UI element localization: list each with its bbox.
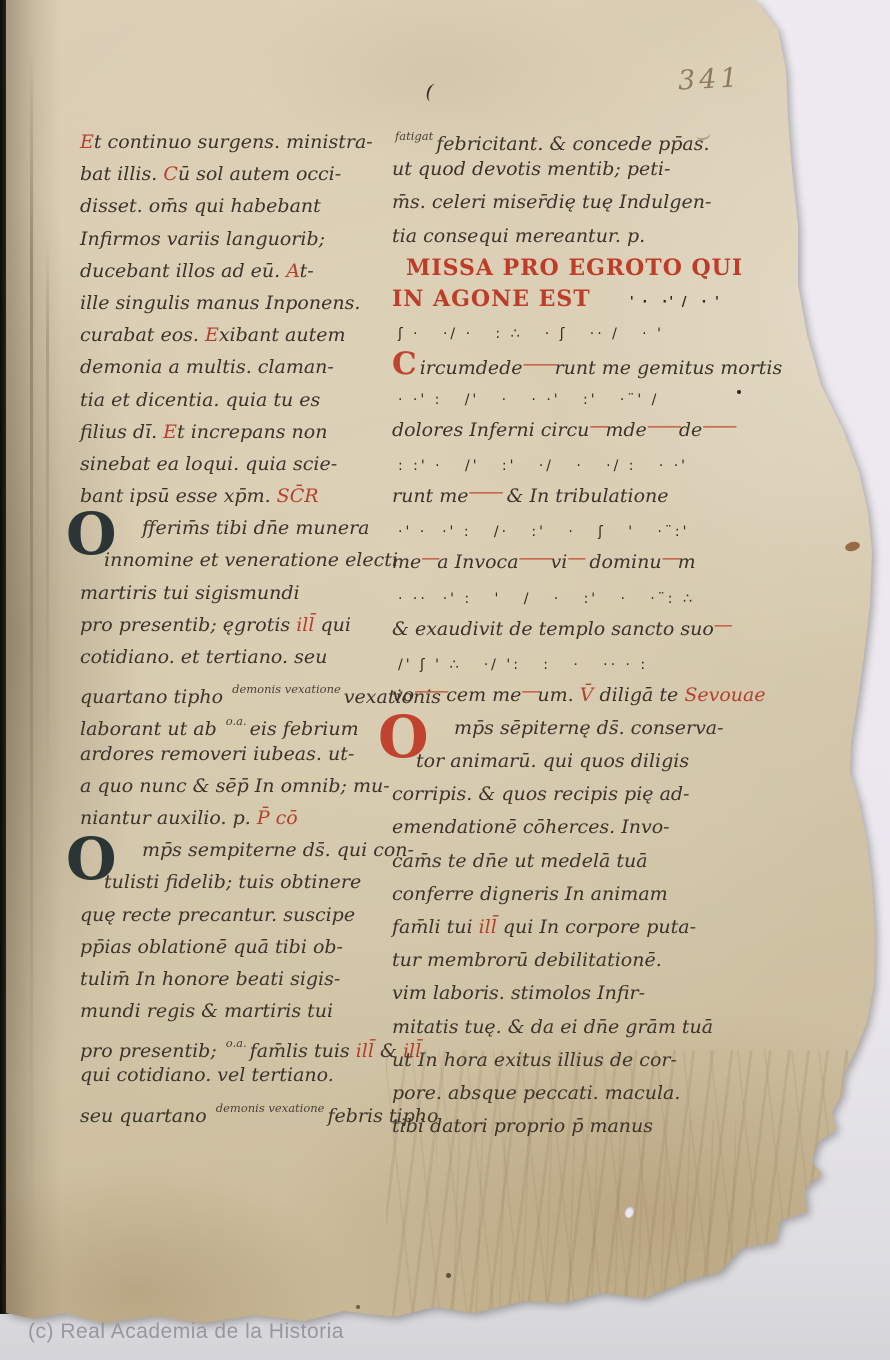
manuscript-line: tulim̄ In honore beati sigis- [80,963,400,995]
neume-row: /' ʃ ' ∴ ·/ ': : · ·· · : [392,646,736,679]
manuscript-line: ut In hora exitus illius de cor- [392,1044,736,1077]
text-segment: pp̄ias oblationē quā tibi ob- [80,936,343,958]
text-segment: runt me [392,485,469,507]
manuscript-line: runt me—— & In tribulatione [392,480,736,513]
manuscript-line: curabat eos. Exibant autem [80,319,400,351]
text-segment: tia et dicentia. quia tu es [80,389,320,411]
manuscript-line: m̄s. celeri miser̄dię tuę Indulgen- [392,186,736,219]
text-segment: — [521,680,537,702]
text-segment: runt me gemitus mortis [555,357,783,379]
text-segment: mp̄s sempiterne ds̄. qui con- [142,839,414,861]
text-segment: E [80,131,94,153]
ink-dot [737,390,741,394]
text-segment: fam̄li tui [392,916,479,938]
text-segment: —— [647,415,679,437]
illuminated-initial-o: O [66,830,117,888]
parchment-page: 341 Et continuo surgens. ministra-bat il… [6,0,886,1344]
manuscript-line: pore. absque peccati. macula. [392,1077,736,1110]
manuscript-line: demonia a multis. claman- [80,351,400,383]
manuscript-line: me—a Invoca——vi— dominu—m [392,546,736,579]
text-segment: ill̄ [296,614,314,636]
folio-number: 341 [677,62,742,96]
manuscript-line: cam̄s te dn̄e ut medelā tuā [392,845,736,878]
text-segment: dominu [583,551,661,573]
text-segment: conferre digneris In animam [392,883,668,905]
text-segment: Sevouae [684,684,765,706]
manuscript-line: vim laboris. stimolos Infir- [392,977,736,1010]
neume-row: · ·' : /' · · ·' :' ·¨' / [392,381,736,414]
text-segment: pore. absque peccati. macula. [392,1082,680,1104]
text-segment: me [392,551,421,573]
manuscript-line: corripis. & quos recipis pię ad- [392,778,736,811]
text-segment: qui cotidiano. vel tertiano. [80,1064,334,1086]
text-segment: emendationē cōherces. Invo- [392,816,670,838]
text-segment: martiris tui sigismundi [80,582,300,604]
parchment-stains [436,1120,736,1320]
right-text-column: fatigatfebricitant. & concede pp̄as.ut q… [392,120,736,1143]
neume-row: ·' · ·' : /· :' · ʃ ' ·¨:' [392,513,736,546]
text-segment: demonis vexatione [232,682,341,696]
manuscript-line: fatigatfebricitant. & concede pp̄as. [392,120,736,153]
text-segment: pro presentib; ęgrotis [80,614,296,636]
manuscript-line: laborant ut ab o.a.eis febrium [80,705,400,737]
text-segment: t increpans non [177,421,327,443]
manuscript-line: tibi datori proprio p̄ manus [392,1110,736,1143]
text-segment: fatigat [395,129,433,143]
manuscript-line: & exaudivit de templo sancto suo— [392,613,736,646]
manuscript-line: bant ipsū esse xp̄m. SC̄R [80,480,400,512]
text-segment: disset. om̄s qui habebant [80,195,321,217]
text-segment: filius dī. [80,421,163,443]
text-segment: qui In corpore puta- [497,916,696,938]
text-segment: dolores Inferni circu [392,419,589,441]
manuscript-line: Infirmos variis languorib; [80,223,400,255]
text-segment: qui [314,614,351,636]
text-segment: xibant autem [219,324,346,346]
neume-row: ʃ · ·/ · : ∴ · ʃ ·· / · ' [392,315,736,348]
text-segment: cam̄s te dn̄e ut medelā tuā [392,850,648,872]
text-segment: — [421,547,437,569]
text-segment: P̄ cō [251,807,298,829]
text-segment: um. [537,684,579,706]
text-segment: mitatis tuę. & da ei dn̄e grām tuā [392,1016,713,1038]
manuscript-line: sinebat ea loqui. quia scie- [80,448,400,480]
manuscript-line: mundi regis & martiris tui [80,995,400,1027]
ink-dot [356,1305,360,1309]
manuscript-line: ut quod devotis mentib; peti- [392,153,736,186]
text-segment: —— [414,680,446,702]
text-segment: ut In hora exitus illius de cor- [392,1049,677,1071]
text-segment: ' · ·' / · ' [591,295,721,310]
manuscript-line: innomine et veneratione electi [80,544,400,576]
text-segment: t- [300,260,314,282]
text-segment: corripis. & quos recipis pię ad- [392,783,689,805]
rubric-line: IN AGONE EST ' · ·' / · ' [392,284,736,315]
manuscript-line: tur membrorū debilitationē. [392,944,736,977]
neume-row: : :' · /' :' ·/ · ·/ : · ·' [392,447,736,480]
text-segment: innomine et veneratione electi [104,549,398,571]
manuscript-line: tor animarū. qui quos diligis [392,745,736,778]
text-segment: a quo nunc & sēp̄ In omnib; mu- [80,775,390,797]
text-segment: mde [605,419,646,441]
left-text-column: Et continuo surgens. ministra-bat illis.… [80,126,400,1124]
manuscript-line: ducebant illos ad eū. At- [80,255,400,287]
text-segment: vim laboris. stimolos Infir- [392,982,645,1004]
text-segment: —— [523,353,555,375]
text-segment: fferim̄s tibi dn̄e munera [142,517,370,539]
illuminated-initial-o: O [66,505,117,563]
manuscript-line: tia et dicentia. quia tu es [80,384,400,416]
text-segment: febricitant. & concede pp̄as. [436,133,709,155]
text-segment: demonia a multis. claman- [80,356,334,378]
text-segment: quę recte precantur. suscipe [80,904,355,926]
text-segment: —— [469,481,501,503]
manuscript-line: disset. om̄s qui habebant [80,190,400,222]
text-segment: — [589,415,605,437]
copyright-watermark: (c) Real Academia de la Historia [28,1320,344,1344]
manuscript-line: bat illis. Cū sol autem occi- [80,158,400,190]
manuscript-line: ille singulis manus Inponens. [80,287,400,319]
text-segment: diligā te [600,684,685,706]
text-segment: MISSA PRO EGROTO QUI [406,255,743,281]
text-segment: Infirmos variis languorib; [80,228,325,250]
page-edge-line [872,0,873,130]
text-segment: m̄s. celeri miser̄dię tuę Indulgen- [392,191,711,213]
manuscript-line: dolores Inferni circu—mde——de—— [392,414,736,447]
manuscript-line: fam̄li tui ill̄ qui In corpore puta- [392,911,736,944]
parchment-surface: 341 Et continuo surgens. ministra-bat il… [6,0,884,1342]
text-segment: — [567,547,583,569]
text-segment: tur membrorū debilitationē. [392,949,662,971]
text-segment: C [163,163,178,185]
text-segment: —— [519,547,551,569]
neume-row: · ·· ·' : ' / · :' · ·¨: ∴ [392,580,736,613]
text-segment: E [205,324,219,346]
parchment-wrinkle [46,240,49,800]
manuscript-line: a quo nunc & sēp̄ In omnib; mu- [80,770,400,802]
manuscript-line: fferim̄s tibi dn̄e munera [80,512,400,544]
text-segment: tia consequi mereantur. p. [392,225,645,247]
text-segment: ill̄ [356,1040,374,1062]
text-segment: ū sol autem occi- [178,163,341,185]
ink-blot [844,540,861,552]
text-segment: ducebant illos ad eū. [80,260,286,282]
text-segment: —— [702,415,734,437]
text-segment: o.a. [226,714,247,728]
text-segment: mundi regis & martiris tui [80,1000,333,1022]
manuscript-line: conferre digneris In animam [392,878,736,911]
manuscript-line: emendationē cōherces. Invo- [392,811,736,844]
text-segment: bat illis. [80,163,163,185]
manuscript-line: Et continuo surgens. ministra- [80,126,400,158]
text-segment: tulisti fidelib; tuis obtinere [104,871,361,893]
manuscript-line: pp̄ias oblationē quā tibi ob- [80,931,400,963]
manuscript-line: Circumdede——runt me gemitus mortis [392,348,736,381]
text-segment: ut quod devotis mentib; peti- [392,158,670,180]
manuscript-line: pro presentib; ęgrotis ill̄ qui [80,609,400,641]
rubric-line: MISSA PRO EGROTO QUI [392,253,736,284]
text-segment: — [662,547,678,569]
text-segment: A [286,260,299,282]
gutter-shadow [6,0,62,1342]
text-segment: & exaudivit de templo sancto suo [392,618,714,640]
ink-dot [446,1273,451,1278]
manuscript-line: quę recte precantur. suscipe [80,899,400,931]
text-segment: de [679,419,702,441]
manuscript-line: cotidiano. et tertiano. seu [80,641,400,673]
text-segment: IN AGONE EST [392,286,591,312]
manuscript-line: mp̄s sēpiternę ds̄. conserva- [392,712,736,745]
text-segment: tulim̄ In honore beati sigis- [80,968,340,990]
text-segment: demonis vexatione [216,1101,325,1115]
manuscript-line: vo——cem me—um. V̄ diligā te Sevouae [392,679,736,712]
text-segment: ill̄ [479,916,497,938]
manuscript-line: ardores removeri iubeas. ut- [80,738,400,770]
text-segment: — [714,614,730,636]
text-segment: vi [551,551,568,573]
manuscript-line: tia consequi mereantur. p. [392,220,736,253]
text-segment: a Invoca [437,551,518,573]
manuscript-line: seu quartano demonis vexationefebris tip… [80,1092,400,1124]
text-segment: sinebat ea loqui. quia scie- [80,453,337,475]
text-segment: ircumdede [420,357,523,379]
manuscript-line: martiris tui sigismundi [80,577,400,609]
text-segment: tor animarū. qui quos diligis [416,750,689,772]
text-segment: E [163,421,177,443]
text-segment: o.a. [226,1036,247,1050]
ink-mark [425,83,441,104]
parchment-wrinkle [30,50,33,1230]
manuscript-line: quartano tipho demonis vexationevexation… [80,673,400,705]
text-segment: tibi datori proprio p̄ manus [392,1115,653,1137]
text-segment: curabat eos. [80,324,205,346]
text-segment: ille singulis manus Inponens. [80,292,360,314]
text-segment: seu quartano [80,1105,213,1127]
text-segment: cotidiano. et tertiano. seu [80,646,327,668]
manuscript-line: qui cotidiano. vel tertiano. [80,1059,400,1091]
manuscript-line: niantur auxilio. p. P̄ cō [80,802,400,834]
text-segment: m [678,551,696,573]
text-segment: cem me [446,684,521,706]
manuscript-line: mitatis tuę. & da ei dn̄e grām tuā [392,1011,736,1044]
illuminated-initial-o: O [378,708,429,766]
manuscript-line: pro presentib; o.a.fam̄lis tuis ill̄ & i… [80,1027,400,1059]
text-segment: ardores removeri iubeas. ut- [80,743,354,765]
text-segment: t continuo surgens. ministra- [94,131,373,153]
text-segment: V̄ [580,684,600,706]
manuscript-line: mp̄s sempiterne ds̄. qui con- [80,834,400,866]
text-segment: SC̄R [277,485,319,507]
manuscript-line: tulisti fidelib; tuis obtinere [80,866,400,898]
text-segment: & In tribulatione [501,485,669,507]
text-segment: C [392,346,417,382]
text-segment: mp̄s sēpiternę ds̄. conserva- [454,717,724,739]
manuscript-line: filius dī. Et increpans non [80,416,400,448]
